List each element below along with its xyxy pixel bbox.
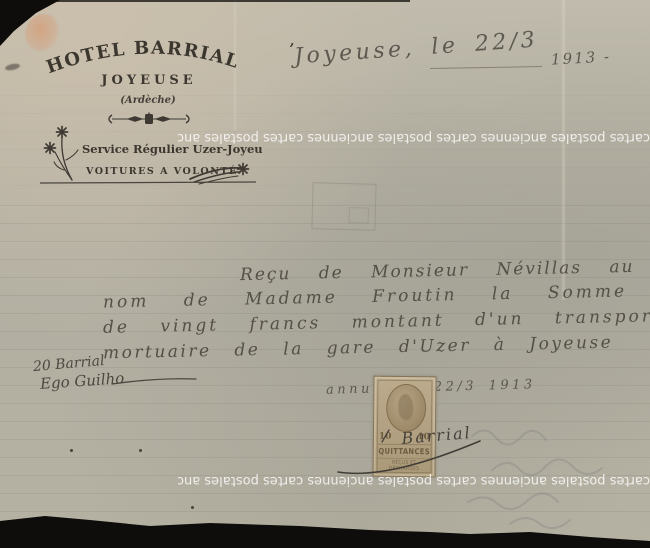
daisy-spray-icon [45,127,79,181]
watermark-band-top: cartes postales anciennes cartes postale… [178,125,650,145]
ornament-divider-icon [109,113,189,124]
speck [139,449,142,452]
vertical-crease [561,0,566,300]
letterhead: HOTEL BARRIAL JOYEUSE (Ardèche) [28,22,263,194]
stamp-value-right: 10 [417,432,430,442]
watermark-band-bottom: cartes postales anciennes cartes postale… [178,468,650,488]
speck [70,449,73,452]
fiscal-stamp: 10 10 QUITTANCES REÇUS ET DÉCHARGES [372,376,436,478]
scanned-receipt-document: HOTEL BARRIAL JOYEUSE (Ardèche) [0,0,650,548]
handwritten-place-date: Joyeuse, le 22/3 [293,28,539,70]
ghost-stamp-imprint [311,182,376,231]
department-name: (Ardèche) [120,95,176,106]
town-name: JOYEUSE [100,73,196,88]
date-rule-line [430,66,542,69]
letterhead-underline [40,182,256,183]
ink-smudge [5,63,21,72]
stamp-medallion-icon [385,384,426,432]
handwritten-year: 1913 - [551,47,612,68]
stamp-value-left: 10 [379,432,392,442]
stamp-title: QUITTANCES [378,447,430,457]
speck [191,506,194,509]
